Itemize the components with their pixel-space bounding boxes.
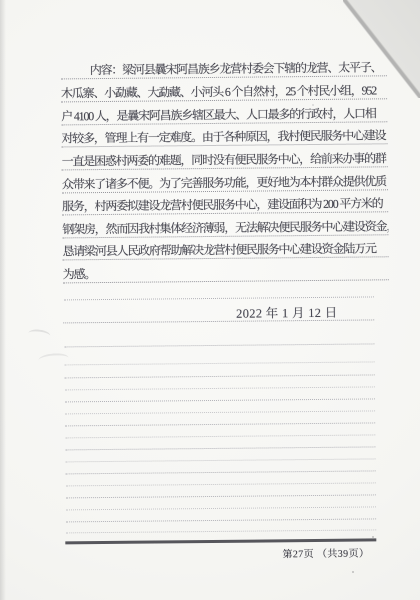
body-line: 众带来了诸多不便。为了完善服务功能，更好地为本村群众提供优质 <box>62 172 388 193</box>
page-corner-fold <box>343 0 420 98</box>
ruled-line <box>65 410 375 414</box>
body-line-text: 一直是困惑村两委的难题，同时没有便民服务中心，给前来办事的群 <box>62 151 386 168</box>
ruled-line <box>65 446 375 450</box>
body-line: 服务，村两委拟建设龙营村便民服务中心，建设面积为 200 平方米的 <box>62 194 388 215</box>
ruled-line <box>65 434 375 438</box>
date-line: 2022 年 1 月 12 日 <box>63 302 374 323</box>
body-line: 为感。 <box>63 262 389 283</box>
body-line: 恳请梁河县人民政府帮助解决龙营村便民服务中心建设资金陆万元 <box>62 239 388 260</box>
scan-speckle <box>312 104 314 106</box>
ruled-line <box>65 361 375 365</box>
scan-speckle <box>352 571 354 573</box>
body-line: 内容：梁河县曩宋阿昌族乡龙营村委会下辖的龙营、太平子、 <box>61 58 387 79</box>
body-line: 户 4100 人，是曩宋阿昌族乡辖区最大、人口最多的行政村，人口相 <box>61 104 387 125</box>
body-line: 对较多，管理上有一定难度。由于各种原因，我村便民服务中心建设 <box>61 126 387 147</box>
body-line: 钢架房，然而因我村集体经济薄弱，无法解决便民服务中心建设资金， <box>62 217 388 238</box>
body-line-text: 恳请梁河县人民政府帮助解决龙营村便民服务中心建设资金陆万元 <box>62 241 375 258</box>
ruled-line <box>66 518 376 522</box>
body-line-text: 为感。 <box>63 267 96 281</box>
scanned-document-page: 内容：梁河县曩宋阿昌族乡龙营村委会下辖的龙营、太平子、 木瓜寨、小勐藏、大勐藏、… <box>0 0 420 600</box>
scan-edge-shadow <box>0 0 6 600</box>
scan-speckle <box>372 536 374 538</box>
ruled-line <box>65 374 375 378</box>
footer-divider <box>65 538 376 543</box>
document-date: 2022 年 1 月 12 日 <box>236 306 338 321</box>
ruled-line <box>64 296 374 300</box>
body-line-text: 户 4100 人，是曩宋阿昌族乡辖区最大、人口最多的行政村，人口相 <box>61 106 376 123</box>
ruled-line <box>65 422 375 426</box>
content-label: 内容： <box>90 63 123 77</box>
ruled-line <box>66 482 376 486</box>
ruled-line <box>66 506 376 510</box>
ruled-line <box>65 398 375 402</box>
body-line: 一直是困惑村两委的难题，同时没有便民服务中心，给前来办事的群 <box>62 149 388 170</box>
body-line-text: 对较多，管理上有一定难度。由于各种原因，我村便民服务中心建设 <box>61 128 385 145</box>
ruled-line <box>66 494 376 498</box>
ruled-line <box>64 343 374 347</box>
body-line-text: 木瓜寨、小勐藏、大勐藏、小河头 6 个自然村，25 个村民小组，952 <box>61 83 376 100</box>
body-line-text: 众带来了诸多不便。为了完善服务功能，更好地为本村群众提供优质 <box>62 174 386 191</box>
ruled-line <box>66 458 376 462</box>
ruled-line <box>66 470 376 474</box>
ruled-line <box>66 529 376 533</box>
pencil-smudge <box>28 328 51 341</box>
ruled-line <box>65 386 375 390</box>
body-line: 木瓜寨、小勐藏、大勐藏、小河头 6 个自然村，25 个村民小组，952 <box>61 81 387 102</box>
body-line-text: 钢架房，然而因我村集体经济薄弱，无法解决便民服务中心建设资金， <box>62 219 388 236</box>
page-number: 第27页 （共39页） <box>282 544 369 560</box>
body-line-text: 服务，村两委拟建设龙营村便民服务中心，建设面积为 200 平方米的 <box>62 196 383 213</box>
